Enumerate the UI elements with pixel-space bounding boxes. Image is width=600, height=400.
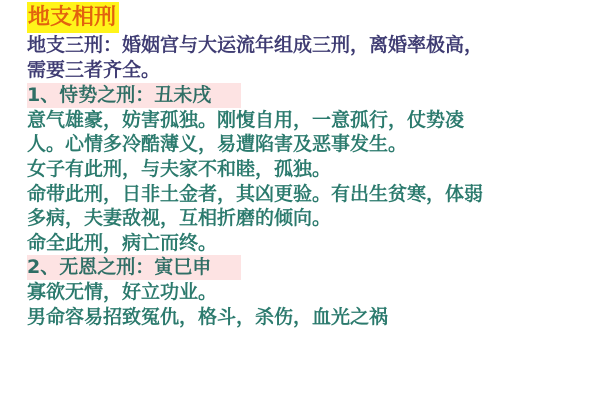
section-line: 多病，夫妻敌视，互相折磨的倾向。 bbox=[27, 206, 587, 231]
title-row: 地支相刑 bbox=[27, 0, 587, 33]
page-title: 地支相刑 bbox=[27, 2, 119, 33]
section-1: 1、恃势之刑：丑未戌 意气雄豪，妨害孤独。刚愎自用，一意孤行，仗势凌 人。心情多… bbox=[27, 83, 587, 255]
section-2: 2、无恩之刑：寅巳申 寡欲无情，好立功业。 男命容易招致冤仇，格斗，杀伤，血光之… bbox=[27, 255, 587, 329]
intro-paragraph: 地支三刑：婚姻宫与大运流年组成三刑，离婚率极高， 需要三者齐全。 bbox=[27, 33, 587, 82]
section-line: 女子有此刑，与夫家不和睦，孤独。 bbox=[27, 157, 587, 182]
section-line: 命带此刑，日非土金者，其凶更验。有出生贫寒，体弱 bbox=[27, 182, 587, 207]
intro-line: 需要三者齐全。 bbox=[27, 58, 587, 83]
article-content: 地支相刑 地支三刑：婚姻宫与大运流年组成三刑，离婚率极高， 需要三者齐全。 1、… bbox=[27, 0, 587, 329]
section-line: 人。心情多冷酷薄义，易遭陷害及恶事发生。 bbox=[27, 132, 587, 157]
section-line: 寡欲无情，好立功业。 bbox=[27, 280, 587, 305]
section-line: 命全此刑，病亡而终。 bbox=[27, 231, 587, 256]
section-line: 男命容易招致冤仇，格斗，杀伤，血光之祸 bbox=[27, 305, 587, 330]
section-heading: 1、恃势之刑：丑未戌 bbox=[27, 83, 241, 108]
intro-line: 地支三刑：婚姻宫与大运流年组成三刑，离婚率极高， bbox=[27, 33, 587, 58]
section-line: 意气雄豪，妨害孤独。刚愎自用，一意孤行，仗势凌 bbox=[27, 108, 587, 133]
section-heading: 2、无恩之刑：寅巳申 bbox=[27, 255, 241, 280]
